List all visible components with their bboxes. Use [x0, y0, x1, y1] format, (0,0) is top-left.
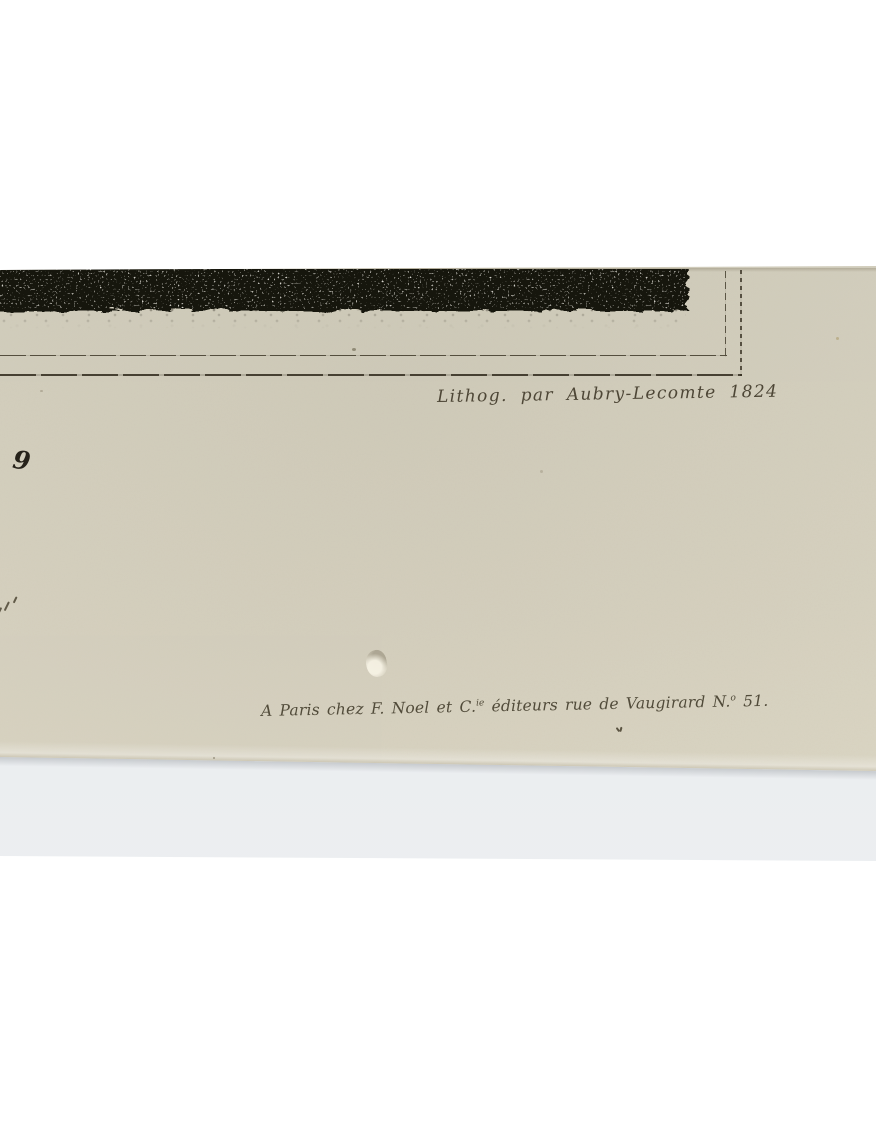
foxing-speck — [352, 348, 356, 351]
foxing-speck — [213, 757, 215, 759]
foxing-speck — [540, 470, 543, 473]
plate-border-vertical-outer — [740, 270, 742, 376]
foxing-speck — [40, 390, 43, 392]
plate-border-horizontal-outer — [0, 374, 742, 376]
foxing-speck — [836, 337, 839, 340]
cutoff-script-strokes-icon — [0, 595, 24, 622]
ink-stroke — [4, 601, 10, 611]
ink-stroke — [13, 596, 18, 603]
plate-border-horizontal-inner — [0, 355, 727, 356]
ink-stroke — [619, 727, 622, 732]
plate-border-vertical-inner — [725, 271, 726, 357]
ink-stroke — [0, 607, 2, 616]
ink-tick-icon — [616, 727, 624, 734]
photo-frame: Lithog. par Aubry-Lecomte 1824 A Paris c… — [0, 0, 876, 1132]
imprint-number: 51. — [736, 692, 769, 711]
litho-grain-fade — [0, 307, 686, 329]
